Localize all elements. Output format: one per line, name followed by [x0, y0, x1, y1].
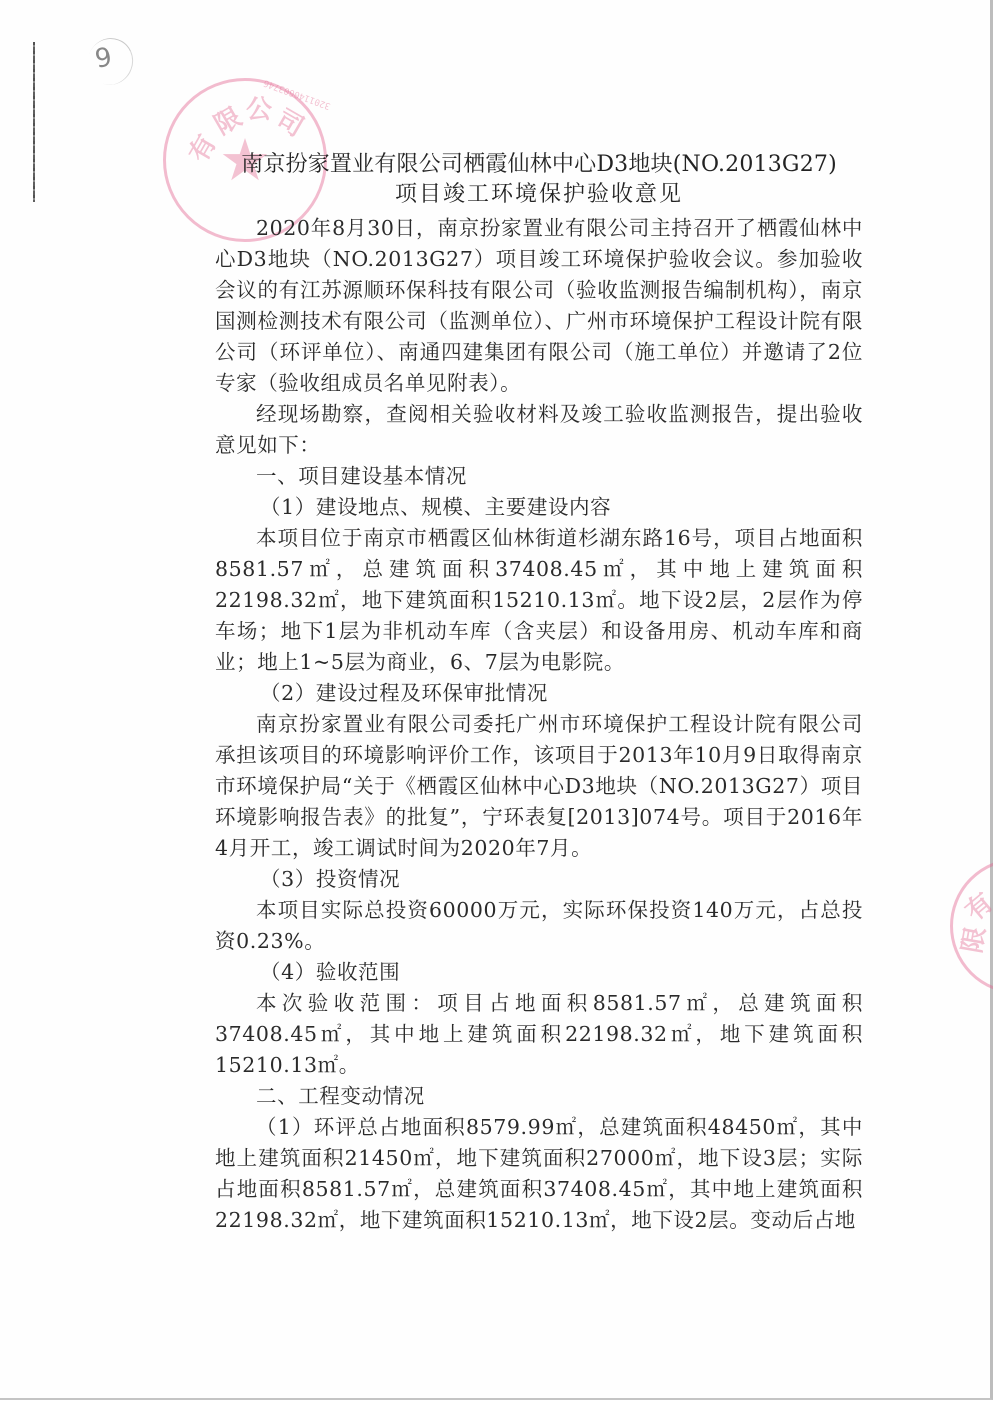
section-2-item-1-body: （1）环评总占地面积8579.99㎡，总建筑面积48450㎡，其中地上建筑面积2…	[215, 1112, 863, 1236]
section-1-heading: 一、项目建设基本情况	[215, 461, 863, 492]
document-title-line-2: 项目竣工环境保护验收意见	[215, 180, 863, 210]
handwritten-page-number: 9	[93, 39, 133, 84]
company-seal-right-edge: 有 限	[950, 858, 993, 994]
review-paragraph: 经现场勘察，查阅相关验收材料及竣工验收监测报告，提出验收意见如下：	[215, 399, 863, 461]
scanned-page: 9 ★ 有 限 公 司 3201140603746 有 限 南京扮家置业有限公司…	[0, 0, 993, 1400]
section-1-item-2-body: 南京扮家置业有限公司委托广州市环境保护工程设计院有限公司承担该项目的环境影响评价…	[215, 709, 863, 864]
document-title-line-1: 南京扮家置业有限公司栖霞仙林中心D3地块(NO.2013G27)	[212, 150, 866, 180]
seal-char: 司	[270, 99, 311, 144]
section-1-item-1-body: 本项目位于南京市栖霞区仙林街道杉湖东路16号，项目占地面积8581.57㎡，总建…	[215, 523, 863, 678]
scan-artifact-line	[33, 42, 35, 202]
section-1-item-1-heading: （1）建设地点、规模、主要建设内容	[215, 492, 863, 523]
section-1-item-4-heading: （4）验收范围	[215, 957, 863, 988]
document-body: 南京扮家置业有限公司栖霞仙林中心D3地块(NO.2013G27) 项目竣工环境保…	[215, 150, 863, 1236]
intro-paragraph: 2020年8月30日，南京扮家置业有限公司主持召开了栖霞仙林中心D3地块（NO.…	[215, 213, 863, 399]
section-2-heading: 二、工程变动情况	[215, 1081, 863, 1112]
section-1-item-3-heading: （3）投资情况	[215, 864, 863, 895]
seal-char: 有	[956, 883, 993, 928]
section-1-item-4-body: 本次验收范围：项目占地面积8581.57㎡，总建筑面积37408.45㎡，其中地…	[215, 988, 863, 1081]
seal-serial-number: 3201140603746	[262, 77, 332, 110]
seal-char: 限	[952, 923, 993, 955]
seal-char: 公	[246, 89, 272, 126]
section-1-item-3-body: 本项目实际总投资60000万元，实际环保投资140万元，占总投资0.23%。	[215, 895, 863, 957]
seal-char: 限	[206, 97, 247, 142]
section-1-item-2-heading: （2）建设过程及环保审批情况	[215, 678, 863, 709]
